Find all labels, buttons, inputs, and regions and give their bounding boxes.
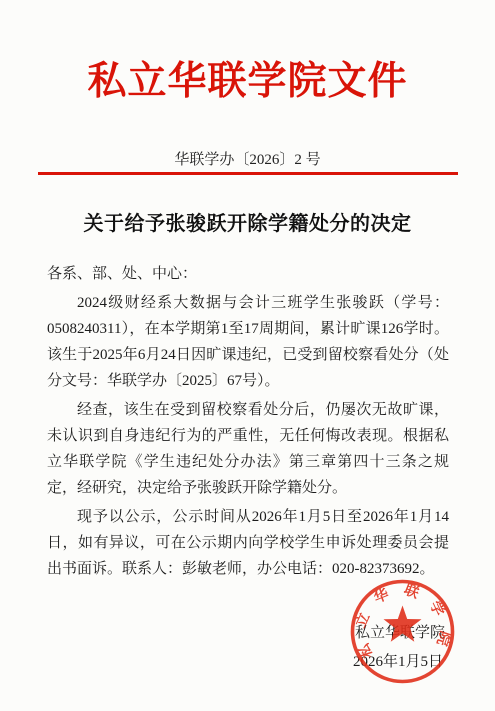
body-paragraph: 现予以公示，公示时间从2026年1月5日至2026年1月14日，如有异议，可在公… (47, 504, 449, 582)
body-paragraph: 经查，该生在受到留校察看处分后，仍屡次无故旷课，未认识到自身违纪行为的严重性，无… (47, 397, 449, 501)
signature-date: 2026年1月5日 (353, 650, 443, 671)
body-paragraph: 2024级财经系大数据与会计三班学生张骏跃（学号：0508240311），在本学… (47, 290, 449, 394)
red-divider-line (38, 172, 458, 175)
document-page: 私立华联学院文件 华联学办〔2026〕2 号 关于给予张骏跃开除学籍处分的决定 … (0, 0, 495, 711)
signature-organization: 私立华联学院 (355, 621, 445, 642)
letterhead-title: 私立华联学院文件 (0, 50, 495, 106)
document-number: 华联学办〔2026〕2 号 (0, 148, 495, 169)
salutation: 各系、部、处、中心： (47, 261, 449, 287)
document-title: 关于给予张骏跃开除学籍处分的决定 (0, 207, 495, 236)
document-body: 各系、部、处、中心： 2024级财经系大数据与会计三班学生张骏跃（学号：0508… (47, 261, 449, 582)
